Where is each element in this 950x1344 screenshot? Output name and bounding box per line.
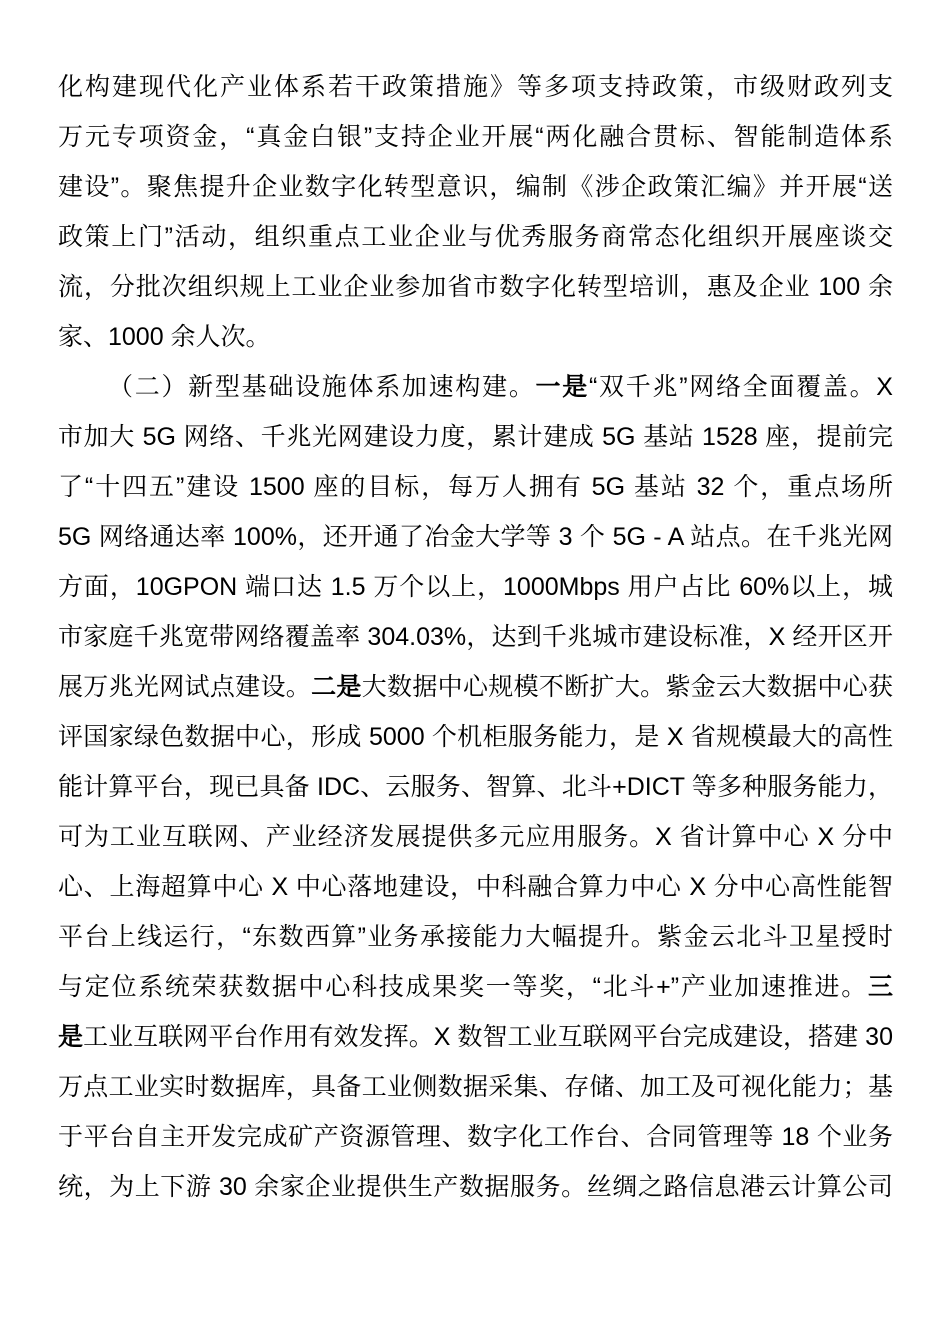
text-run: （二）新型基础设施体系加速构建。 (108, 373, 536, 401)
text-block: 化构建现代化产业体系若干政策措施》等多项支持政策，市级财政列支 1500万元专项… (58, 62, 893, 1212)
bold-text-run: 二是 (311, 673, 362, 701)
text-line: 建设”。聚焦提升企业数字化转型意识，编制《涉企政策汇编》并开展“送 (58, 162, 893, 212)
text-run: 家、1000 余人次。 (58, 323, 271, 351)
bold-text-run: 是 (58, 1023, 83, 1051)
text-run: 于平台自主开发完成矿产资源管理、数字化工作台、合同管理等 18 个业务系 (58, 1123, 893, 1162)
text-run: 政策上门”活动，组织重点工业企业与优秀服务商常态化组织开展座谈交 (58, 223, 893, 251)
text-run: 展万兆光网试点建设。 (58, 673, 311, 701)
text-run: 万元专项资金，“真金白银”支持企业开展“两化融合贯标、智能制造体系 (58, 123, 893, 151)
text-line: 5G 网络通达率 100%，还开通了冶金大学等 3 个 5G - A 站点。在千… (58, 512, 893, 562)
text-run: 可为工业互联网、产业经济发展提供多元应用服务。X 省计算中心 X 分中 (58, 823, 893, 851)
text-run: 万点工业实时数据库，具备工业侧数据采集、存储、加工及可视化能力；基 (58, 1073, 893, 1101)
text-run: 流，分批次组织规上工业企业参加省市数字化转型培训，惠及企业 100 余 (58, 273, 893, 301)
text-run: 化构建现代化产业体系若干政策措施》等多项支持政策，市级财政列支 1500 (58, 73, 893, 112)
text-line: 政策上门”活动，组织重点工业企业与优秀服务商常态化组织开展座谈交 (58, 212, 893, 262)
text-line: 化构建现代化产业体系若干政策措施》等多项支持政策，市级财政列支 1500 (58, 62, 893, 112)
text-line: 流，分批次组织规上工业企业参加省市数字化转型培训，惠及企业 100 余 (58, 262, 893, 312)
text-line: 评国家绿色数据中心，形成 5000 个机柜服务能力，是 X 省规模最大的高性 (58, 712, 893, 762)
text-line: （二）新型基础设施体系加速构建。一是“双千兆”网络全面覆盖。X (58, 362, 893, 412)
text-run: 评国家绿色数据中心，形成 5000 个机柜服务能力，是 X 省规模最大的高性 (58, 723, 893, 751)
text-run: 工业互联网平台作用有效发挥。X 数智工业互联网平台完成建设，搭建 30 (83, 1023, 893, 1051)
text-run: 市加大 5G 网络、千兆光网建设力度，累计建成 5G 基站 1528 座，提前完… (58, 423, 893, 462)
text-line: 是工业互联网平台作用有效发挥。X 数智工业互联网平台完成建设，搭建 30 (58, 1012, 893, 1062)
text-line: 于平台自主开发完成矿产资源管理、数字化工作台、合同管理等 18 个业务系 (58, 1112, 893, 1162)
text-line: 万元专项资金，“真金白银”支持企业开展“两化融合贯标、智能制造体系 (58, 112, 893, 162)
text-run: 平台上线运行，“东数西算”业务承接能力大幅提升。紫金云北斗卫星授时 (58, 923, 893, 951)
text-line: 展万兆光网试点建设。二是大数据中心规模不断扩大。紫金云大数据中心获 (58, 662, 893, 712)
text-run: “双千兆”网络全面覆盖。X (589, 373, 893, 401)
text-line: 平台上线运行，“东数西算”业务承接能力大幅提升。紫金云北斗卫星授时 (58, 912, 893, 962)
text-line: 能计算平台，现已具备 IDC、云服务、智算、北斗+DICT 等多种服务能力， (58, 762, 893, 812)
text-run: 方面，10GPON 端口达 1.5 万个以上，1000Mbps 用户占比 60%… (58, 573, 893, 601)
text-run: 大数据中心规模不断扩大。紫金云大数据中心获 (362, 673, 893, 701)
text-line: 市家庭千兆宽带网络覆盖率 304.03%，达到千兆城市建设标准，X 经开区开 (58, 612, 893, 662)
text-run: 市家庭千兆宽带网络覆盖率 304.03%，达到千兆城市建设标准，X 经开区开 (58, 623, 893, 651)
text-line: 了“十四五”建设 1500 座的目标，每万人拥有 5G 基站 32 个，重点场所 (58, 462, 893, 512)
text-run: 与定位系统荣获数据中心科技成果奖一等奖，“北斗+”产业加速推进。 (58, 973, 868, 1001)
text-run: 统，为上下游 30 余家企业提供生产数据服务。丝绸之路信息港云计算公司 (58, 1173, 893, 1201)
text-line: 万点工业实时数据库，具备工业侧数据采集、存储、加工及可视化能力；基 (58, 1062, 893, 1112)
text-run: 建设”。聚焦提升企业数字化转型意识，编制《涉企政策汇编》并开展“送 (58, 173, 893, 201)
bold-text-run: 三 (868, 973, 893, 1001)
text-line: 统，为上下游 30 余家企业提供生产数据服务。丝绸之路信息港云计算公司 (58, 1162, 893, 1212)
text-run: 了“十四五”建设 1500 座的目标，每万人拥有 5G 基站 32 个，重点场所 (58, 473, 893, 501)
text-line: 与定位系统荣获数据中心科技成果奖一等奖，“北斗+”产业加速推进。三 (58, 962, 893, 1012)
document-page: 化构建现代化产业体系若干政策措施》等多项支持政策，市级财政列支 1500万元专项… (0, 0, 950, 1344)
text-line: 可为工业互联网、产业经济发展提供多元应用服务。X 省计算中心 X 分中 (58, 812, 893, 862)
text-line: 方面，10GPON 端口达 1.5 万个以上，1000Mbps 用户占比 60%… (58, 562, 893, 612)
text-run: 心、上海超算中心 X 中心落地建设，中科融合算力中心 X 分中心高性能智算 (58, 873, 893, 912)
text-line: 市加大 5G 网络、千兆光网建设力度，累计建成 5G 基站 1528 座，提前完… (58, 412, 893, 462)
bold-text-run: 一是 (536, 373, 589, 401)
text-run: 能计算平台，现已具备 IDC、云服务、智算、北斗+DICT 等多种服务能力， (58, 773, 893, 801)
text-line: 家、1000 余人次。 (58, 312, 893, 362)
text-run: 5G 网络通达率 100%，还开通了冶金大学等 3 个 5G - A 站点。在千… (58, 523, 893, 551)
text-line: 心、上海超算中心 X 中心落地建设，中科融合算力中心 X 分中心高性能智算 (58, 862, 893, 912)
